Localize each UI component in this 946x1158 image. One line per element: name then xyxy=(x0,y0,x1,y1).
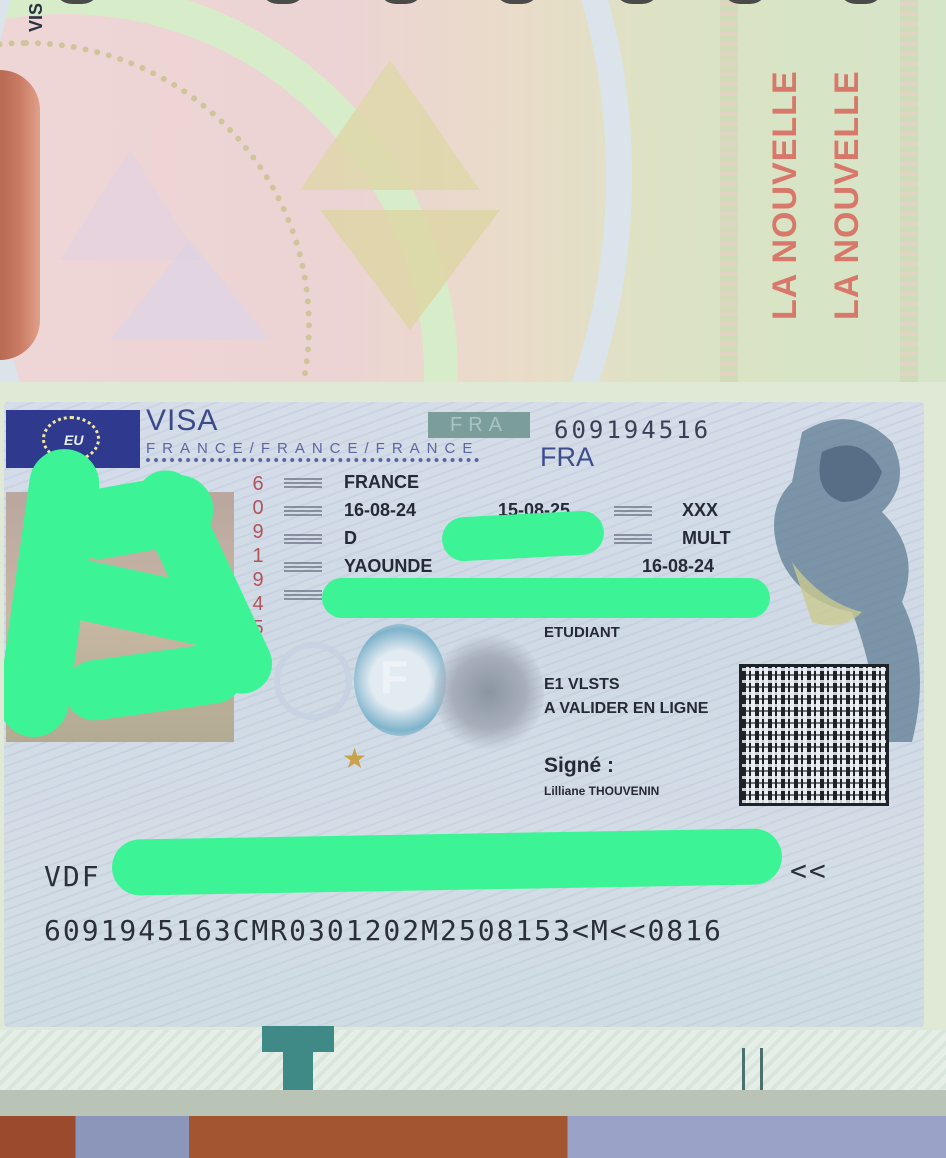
signatory-name: Lilliane THOUVENIN xyxy=(544,784,659,798)
date-of-issue: 16-08-24 xyxy=(642,556,714,577)
binding-holes xyxy=(0,0,946,4)
field-label xyxy=(284,590,322,600)
visa-title: VISA xyxy=(146,404,218,438)
passport-cover-edge xyxy=(0,1090,946,1116)
passport-bottom-strip xyxy=(0,1030,946,1092)
security-stripe xyxy=(720,0,738,392)
star-icon: ★ xyxy=(342,742,367,775)
emblem-icon xyxy=(274,642,352,720)
mrz-line-1-prefix: VDF xyxy=(44,860,101,893)
triangle-pattern xyxy=(320,210,500,330)
issuer-code: FRA xyxy=(540,442,594,473)
duration-of-stay: XXX xyxy=(682,500,718,521)
remarks-line-1: ETUDIANT xyxy=(544,624,620,641)
ornament-icon xyxy=(262,1026,334,1052)
triangle-pattern xyxy=(110,240,270,340)
field-label xyxy=(284,478,322,488)
eu-badge: EU xyxy=(64,432,83,448)
datamatrix-barcode xyxy=(739,664,889,806)
redaction-mark xyxy=(112,828,783,896)
passport-upper-page: VIS LA NOUVELLE LA NOUVELLE xyxy=(0,0,946,392)
visa-number: 609194516 xyxy=(554,416,711,444)
place-of-issue: YAOUNDE xyxy=(344,556,432,577)
mrz-line-1-suffix: << xyxy=(790,854,828,887)
field-label xyxy=(284,562,322,572)
finger xyxy=(0,70,40,360)
rf-letter: F xyxy=(380,650,408,704)
field-label xyxy=(284,506,322,516)
remarks-line-3: A VALIDER EN LIGNE xyxy=(544,700,708,718)
issuer-box: FRA xyxy=(428,412,530,438)
field-label xyxy=(614,506,652,516)
hologram xyxy=(434,632,544,752)
remarks-line-2: E1 VLSTS xyxy=(544,676,620,694)
country-line: FRANCE/FRANCE/FRANCE xyxy=(146,440,479,462)
watermark-text: LA NOUVELLE xyxy=(828,70,867,320)
mrz-line-2: 6091945163CMR0301202M2508153<M<<0816 xyxy=(44,914,723,947)
binding-line xyxy=(742,1048,745,1092)
field-label xyxy=(284,534,322,544)
redaction-mark xyxy=(322,578,770,618)
triangle-pattern xyxy=(300,60,480,190)
background-surface xyxy=(0,1116,946,1158)
from-date: 16-08-24 xyxy=(344,500,416,521)
binding-line xyxy=(760,1048,763,1092)
visa-sticker: EU VISA FRANCE/FRANCE/FRANCE FRA FRA 609… xyxy=(4,402,924,1027)
signed-label: Signé : xyxy=(544,754,614,778)
redaction-mark xyxy=(441,510,605,562)
security-stripe xyxy=(900,0,918,392)
field-label xyxy=(614,534,652,544)
visa-type: D xyxy=(344,528,357,549)
valid-for-value: FRANCE xyxy=(344,472,419,493)
number-of-entries: MULT xyxy=(682,528,731,549)
side-label: VIS xyxy=(26,3,47,32)
watermark-text: LA NOUVELLE xyxy=(766,70,805,320)
ornament-icon xyxy=(283,1050,313,1090)
